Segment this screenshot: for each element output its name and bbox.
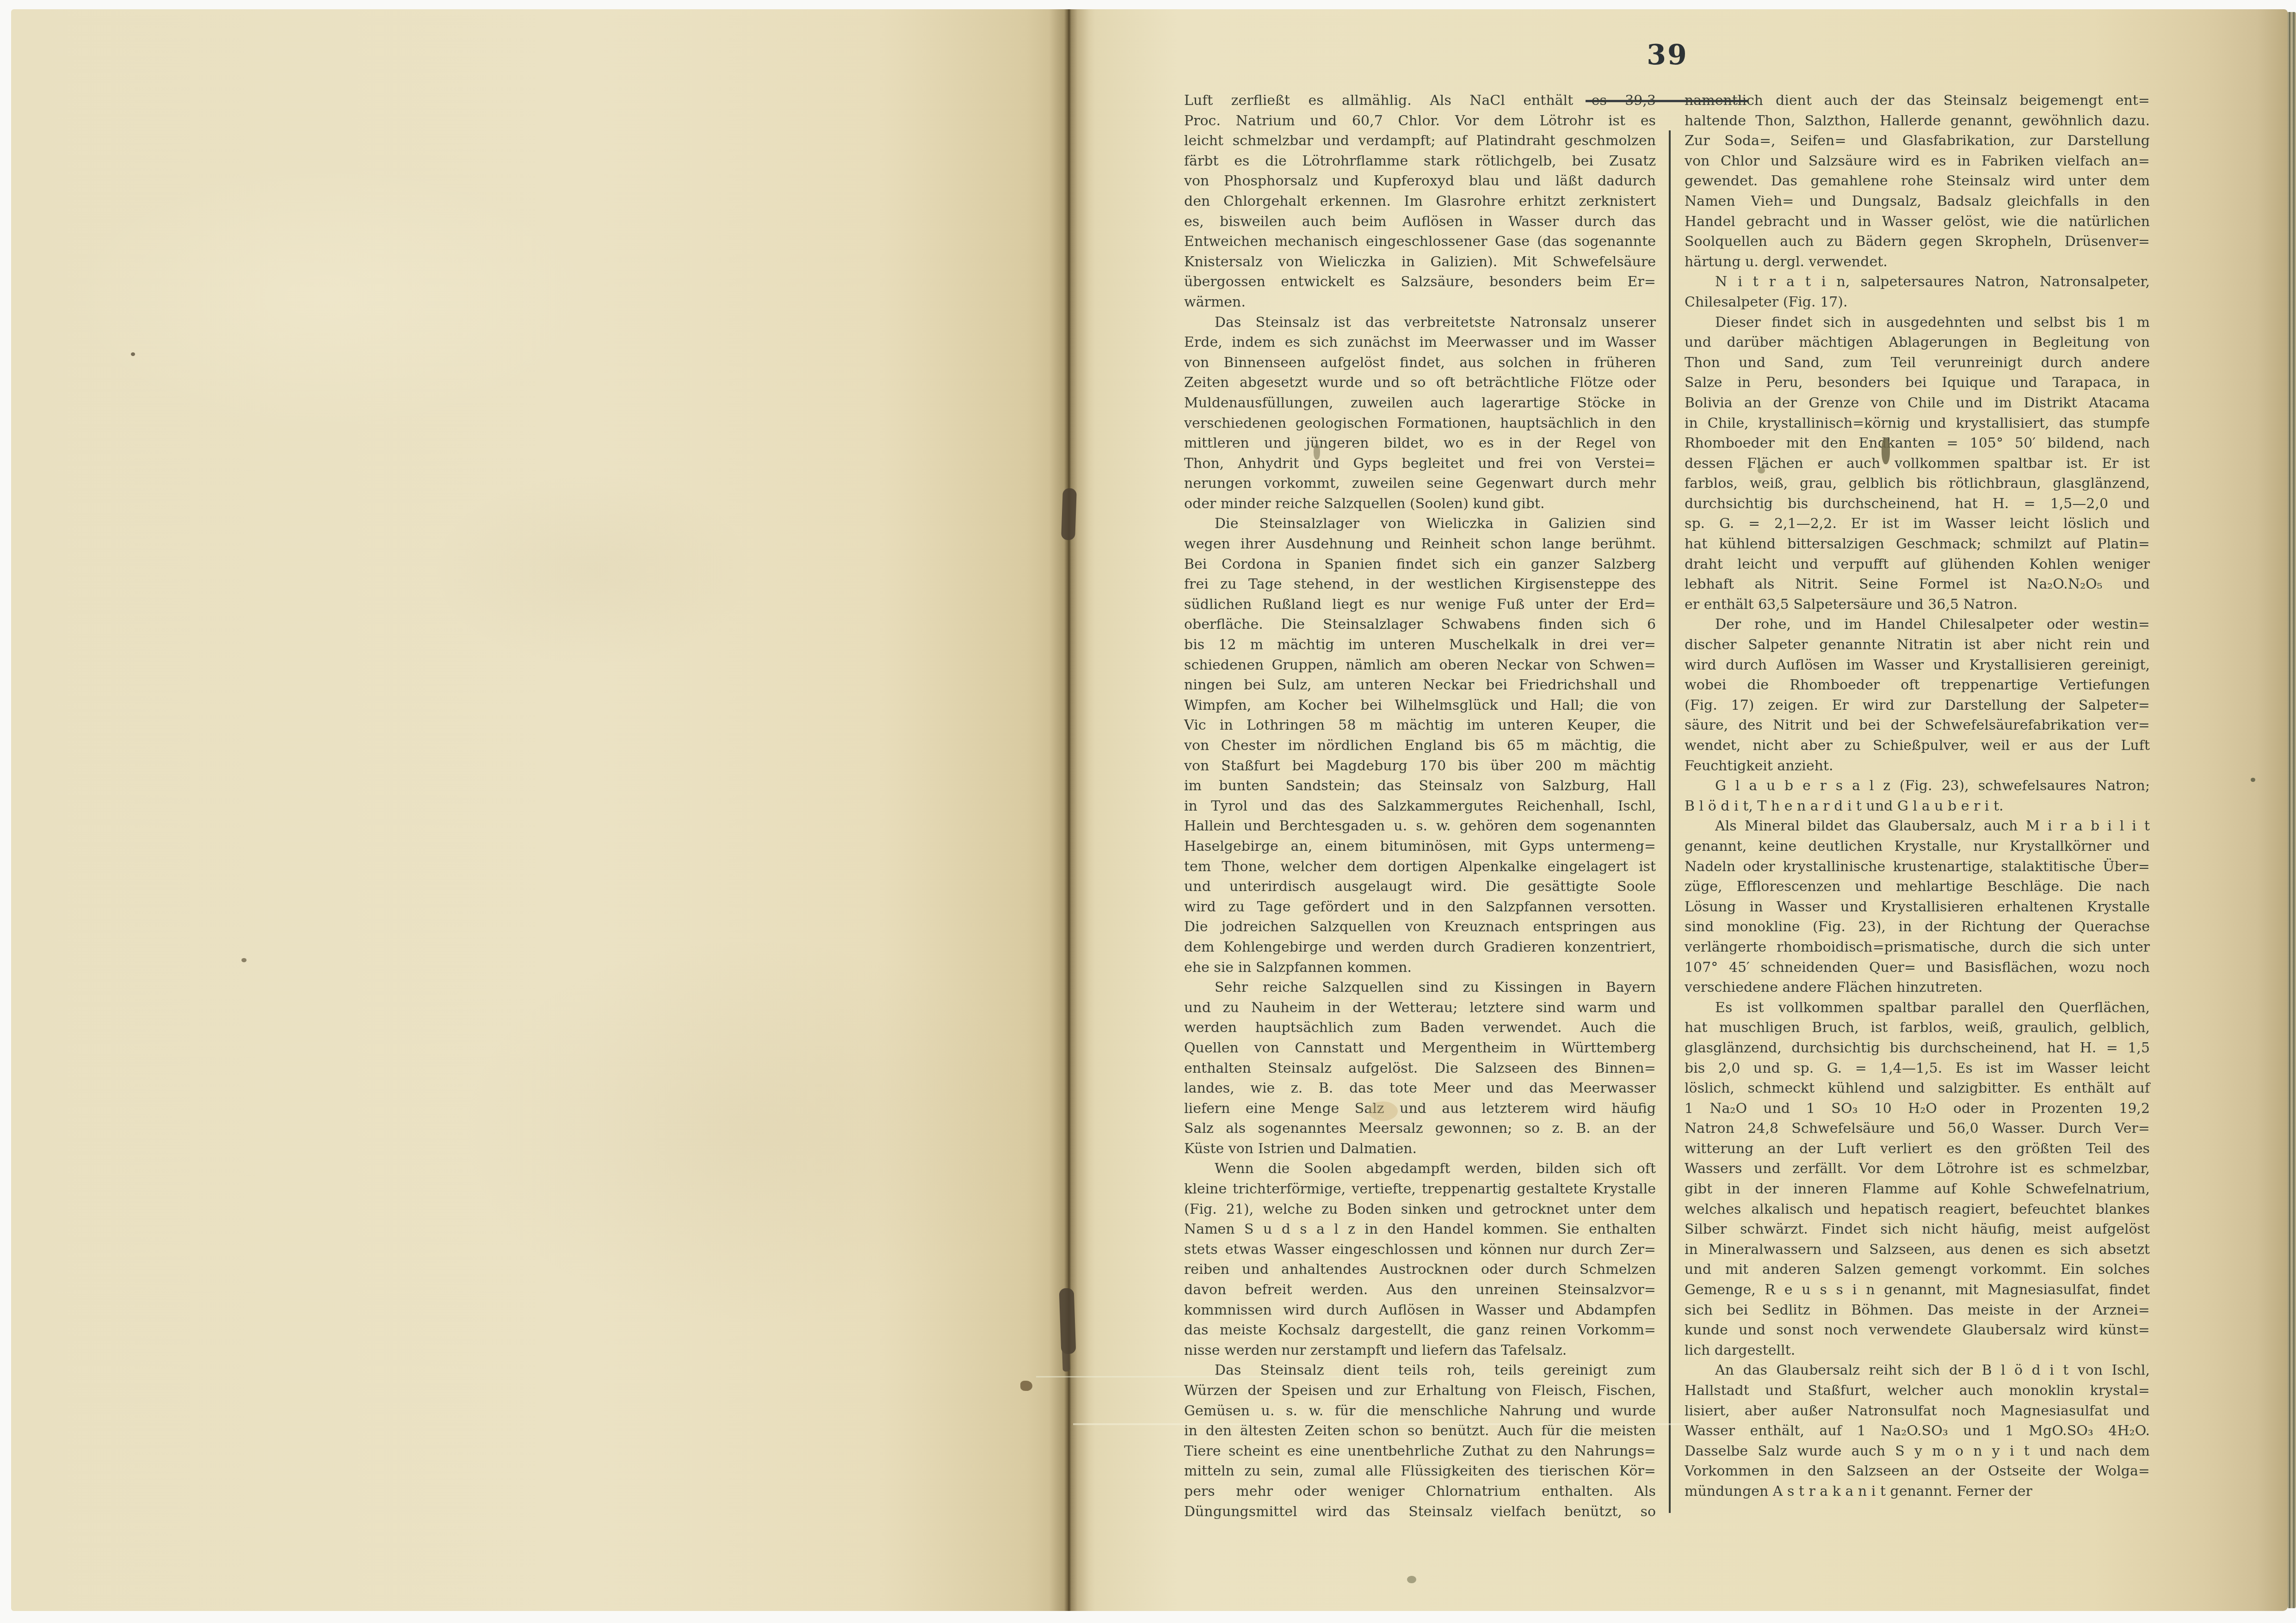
text-line: draht leicht und verpufft auf glühenden … bbox=[1685, 554, 2150, 575]
text-line: Düngungsmittel wird das Steinsalz vielfa… bbox=[1184, 1502, 1656, 1522]
text-line: Dieser findet sich in ausgedehnten und s… bbox=[1685, 313, 2150, 333]
paragraph: N i t r a t i n, salpetersaures Natron, … bbox=[1685, 272, 2150, 312]
text-line: mitteln zu sein, zumal alle Flüssigkeite… bbox=[1184, 1461, 1656, 1482]
binding-stitch bbox=[1059, 1288, 1076, 1354]
text-line: Als Mineral bildet das Glaubersalz, auch… bbox=[1685, 816, 2150, 836]
text-line: pers mehr oder weniger Chlornatrium enth… bbox=[1184, 1482, 1656, 1502]
text-line: Das Steinsalz ist das verbreitetste Natr… bbox=[1184, 313, 1656, 333]
text-line: südlichen Rußland liegt es nur wenige Fu… bbox=[1184, 595, 1656, 615]
text-line: liefern eine Menge Salz und aus letztere… bbox=[1184, 1099, 1656, 1119]
text-line: und unterirdisch ausgelaugt wird. Die ge… bbox=[1184, 877, 1656, 897]
text-line: welches alkalisch und hepatisch reagiert… bbox=[1685, 1199, 2150, 1220]
text-line: genannt, keine deutlichen Krystalle, nur… bbox=[1685, 836, 2150, 857]
text-line: Würzen der Speisen und zur Erhaltung von… bbox=[1184, 1381, 1656, 1401]
text-line: sind monokline (Fig. 23), in der Richtun… bbox=[1685, 917, 2150, 937]
text-line: er enthält 63,5 Salpetersäure und 36,5 N… bbox=[1685, 595, 2150, 615]
binding-stitch bbox=[1061, 488, 1077, 541]
text-line: Tiere scheint es eine unentbehrliche Zut… bbox=[1184, 1441, 1656, 1462]
text-line: Namen Vieh= und Dungsalz, Badsalz gleich… bbox=[1685, 191, 2150, 212]
text-line: Die jodreichen Salzquellen von Kreuznach… bbox=[1184, 917, 1656, 937]
text-line: wird zu Tage gefördert und in den Salzpf… bbox=[1184, 897, 1656, 917]
text-line: ehe sie in Salzpfannen kommen. bbox=[1184, 958, 1656, 978]
text-line: säure, des Nitrit und bei der Schwefelsä… bbox=[1685, 715, 2150, 736]
text-line: 107° 45′ schneidenden Quer= und Basisflä… bbox=[1685, 958, 2150, 978]
text-line: wird durch Auflösen im Wasser und Krysta… bbox=[1685, 655, 2150, 676]
paragraph: Luft zerfließt es allmählig. Als NaCl en… bbox=[1184, 91, 1656, 313]
text-line: sp. G. = 2,1—2,2. Er ist im Wasser leich… bbox=[1685, 514, 2150, 534]
paragraph: Das Steinsalz dient teils roh, teils ger… bbox=[1184, 1360, 1656, 1522]
text-line: Salze in Peru, besonders bei Iquique und… bbox=[1685, 373, 2150, 393]
paragraph: namentlich dient auch der das Steinsalz … bbox=[1685, 91, 2150, 272]
paragraph: Die Steinsalzlager von Wieliczka in Gali… bbox=[1184, 514, 1656, 977]
text-line: nisse werden nur zerstampft und liefern … bbox=[1184, 1340, 1656, 1361]
text-line: kunde und sonst noch verwendete Glaubers… bbox=[1685, 1320, 2150, 1340]
book-gutter bbox=[1049, 9, 1089, 1611]
paragraph: Als Mineral bildet das Glaubersalz, auch… bbox=[1685, 816, 2150, 997]
text-column-left: Luft zerfließt es allmählig. Als NaCl en… bbox=[1184, 91, 1656, 1522]
text-line: im bunten Sandstein; das Steinsalz von S… bbox=[1184, 776, 1656, 796]
text-line: das meiste Kochsalz dargestellt, die gan… bbox=[1184, 1320, 1656, 1340]
paragraph: Der rohe, und im Handel Chilesalpeter od… bbox=[1685, 615, 2150, 776]
text-line: und zu Nauheim in der Wetterau; letztere… bbox=[1184, 998, 1656, 1018]
text-line: dessen Flächen er auch vollkommen spaltb… bbox=[1685, 454, 2150, 474]
text-line: gewendet. Das gemahlene rohe Steinsalz w… bbox=[1685, 171, 2150, 191]
text-line: von Chlor und Salzsäure wird es in Fabri… bbox=[1685, 151, 2150, 172]
text-line: lebhaft als Nitrit. Seine Formel ist Na₂… bbox=[1685, 574, 2150, 595]
text-line: (Fig. 21), welche zu Boden sinken und ge… bbox=[1184, 1199, 1656, 1220]
text-line: gibt in der inneren Flamme auf Kohle Sch… bbox=[1685, 1179, 2150, 1199]
paper-speck bbox=[131, 352, 135, 356]
text-line: haltende Thon, Salzthon, Hallerde genann… bbox=[1685, 111, 2150, 131]
text-line: Bei Cordona in Spanien findet sich ein g… bbox=[1184, 554, 1656, 575]
text-line: kommnissen wird durch Auflösen in Wasser… bbox=[1184, 1300, 1656, 1321]
text-line: hat kühlend bittersalzigen Geschmack; sc… bbox=[1685, 534, 2150, 554]
text-line: N i t r a t i n, salpetersaures Natron, … bbox=[1685, 272, 2150, 292]
text-line: Nadeln oder krystallinische krustenartig… bbox=[1685, 857, 2150, 877]
text-line: Wassers und zerfällt. Vor dem Lötrohre i… bbox=[1685, 1159, 2150, 1179]
text-line: kleine trichterförmige, vertiefte, trepp… bbox=[1184, 1179, 1656, 1199]
paragraph: Das Steinsalz ist das verbreitetste Natr… bbox=[1184, 313, 1656, 514]
text-line: oberfläche. Die Steinsalzlager Schwabens… bbox=[1184, 615, 1656, 635]
text-line: und darüber mächtigen Ablagerungen in Be… bbox=[1685, 332, 2150, 353]
paragraph: Wenn die Soolen abgedampft werden, bilde… bbox=[1184, 1159, 1656, 1360]
text-line: Gemenge, R e u s s i n genannt, mit Magn… bbox=[1685, 1280, 2150, 1300]
text-line: Soolquellen auch zu Bädern gegen Skrophe… bbox=[1685, 232, 2150, 252]
text-line: dem Kohlengebirge und werden durch Gradi… bbox=[1184, 937, 1656, 958]
text-line: verschiedenen geologischen Formationen, … bbox=[1184, 413, 1656, 434]
text-line: Quellen von Cannstatt und Mergentheim in… bbox=[1184, 1038, 1656, 1058]
text-line: namentlich dient auch der das Steinsalz … bbox=[1685, 91, 2150, 111]
text-line: leicht schmelzbar und verdampft; auf Pla… bbox=[1184, 131, 1656, 151]
text-line: tem Thone, welcher dem dortigen Alpenkal… bbox=[1184, 857, 1656, 877]
text-line: oder minder reiche Salzquellen (Soolen) … bbox=[1184, 494, 1656, 514]
paragraph: Dieser findet sich in ausgedehnten und s… bbox=[1685, 313, 2150, 615]
text-line: in Chile, krystallinisch=körnig und krys… bbox=[1685, 413, 2150, 434]
text-line: färbt es die Lötrohrflamme stark rötlich… bbox=[1184, 151, 1656, 172]
text-line: bis 12 m mächtig im unteren Muschelkalk … bbox=[1184, 635, 1656, 655]
text-line: lich dargestellt. bbox=[1685, 1340, 2150, 1361]
page-edge bbox=[2288, 12, 2296, 1608]
text-line: witterung an der Luft verliert es den gr… bbox=[1685, 1139, 2150, 1159]
text-line: von Staßfurt bei Magdeburg 170 bis über … bbox=[1184, 756, 1656, 776]
text-line: wärmen. bbox=[1184, 292, 1656, 313]
text-line: lisiert, aber außer Natronsulfat noch Ma… bbox=[1685, 1401, 2150, 1421]
text-line: von Binnenseen aufgelöst findet, aus sol… bbox=[1184, 353, 1656, 373]
text-column-right: namentlich dient auch der das Steinsalz … bbox=[1685, 91, 2150, 1502]
paper-stain bbox=[1882, 437, 1890, 464]
text-line: mittleren und jüngeren bildet, wo es in … bbox=[1184, 433, 1656, 454]
scan-artifact-line bbox=[1073, 1423, 1693, 1425]
text-line: discher Salpeter genannte Nitratin ist a… bbox=[1685, 635, 2150, 655]
paragraph: Sehr reiche Salzquellen sind zu Kissinge… bbox=[1184, 977, 1656, 1159]
left-page bbox=[11, 9, 1068, 1611]
text-line: Küste von Istrien und Dalmatien. bbox=[1184, 1139, 1656, 1159]
text-line: Hallstadt und Staßfurt, welcher auch mon… bbox=[1685, 1381, 2150, 1401]
text-line: Chilesalpeter (Fig. 17). bbox=[1685, 292, 2150, 313]
text-line: verschiedene andere Flächen hinzutreten. bbox=[1685, 977, 2150, 998]
text-line: davon befreit werden. Aus den unreinen S… bbox=[1184, 1280, 1656, 1300]
text-line: den Chlorgehalt erkennen. Im Glasrohre e… bbox=[1184, 191, 1656, 212]
paragraph: An das Glaubersalz reiht sich der B l ö … bbox=[1685, 1360, 2150, 1501]
text-line: (Fig. 17) zeigen. Er wird zur Darstellun… bbox=[1685, 695, 2150, 716]
text-line: Wasser enthält, auf 1 Na₂O.SO₃ und 1 MgO… bbox=[1685, 1421, 2150, 1441]
text-line: Luft zerfließt es allmählig. Als NaCl en… bbox=[1184, 91, 1656, 111]
text-line: Sehr reiche Salzquellen sind zu Kissinge… bbox=[1184, 977, 1656, 998]
text-line: Feuchtigkeit anzieht. bbox=[1685, 756, 2150, 776]
text-line: Lösung in Wasser und Krystallisieren erh… bbox=[1685, 897, 2150, 917]
text-line: von Phosphorsalz und Kupferoxyd blau und… bbox=[1184, 171, 1656, 191]
text-line: glasglänzend, durchsichtig bis durchsche… bbox=[1685, 1038, 2150, 1058]
text-line: durchsichtig bis durchscheinend, hat H. … bbox=[1685, 494, 2150, 514]
text-line: Silber schwärzt. Findet sich nicht häufi… bbox=[1685, 1219, 2150, 1240]
text-line: ningen bei Sulz, am unteren Neckar bei F… bbox=[1184, 675, 1656, 695]
text-line: An das Glaubersalz reiht sich der B l ö … bbox=[1685, 1360, 2150, 1381]
text-line: Thon und Sand, zum Teil verunreinigt dur… bbox=[1685, 353, 2150, 373]
text-line: sich bei Sedlitz in Böhmen. Das meiste i… bbox=[1685, 1300, 2150, 1321]
text-line: Gemüsen u. s. w. für die menschliche Nah… bbox=[1184, 1401, 1656, 1421]
text-line: verlängerte rhomboidisch=prismatische, d… bbox=[1685, 937, 2150, 958]
text-line: Handel gebracht und in Wasser gelöst, wi… bbox=[1685, 212, 2150, 232]
text-line: Zeiten abgesetzt wurde und so oft beträc… bbox=[1184, 373, 1656, 393]
text-line: G l a u b e r s a l z (Fig. 23), schwefe… bbox=[1685, 776, 2150, 796]
text-line: Das Steinsalz dient teils roh, teils ger… bbox=[1184, 1360, 1656, 1381]
text-line: in Tyrol und das des Salzkammergutes Rei… bbox=[1184, 796, 1656, 817]
text-line: Dasselbe Salz wurde auch S y m o n y i t… bbox=[1685, 1441, 2150, 1462]
paper-stain bbox=[1314, 444, 1320, 460]
text-line: löslich, schmeckt kühlend und salzigbitt… bbox=[1685, 1078, 2150, 1099]
text-line: schiedenen Gruppen, nämlich am oberen Ne… bbox=[1184, 655, 1656, 676]
text-line: enthalten Steinsalz aufgelöst. Die Salzs… bbox=[1184, 1058, 1656, 1079]
text-line: Zur Soda=, Seifen= und Glasfabrikation, … bbox=[1685, 131, 2150, 151]
text-line: reiben und anhaltendes Austrocknen oder … bbox=[1184, 1260, 1656, 1280]
text-line: Wimpfen, am Kocher bei Wilhelmsglück und… bbox=[1184, 695, 1656, 716]
text-line: Erde, indem es sich zunächst im Meerwass… bbox=[1184, 332, 1656, 353]
paper-speck bbox=[1407, 1576, 1416, 1583]
text-line: stets etwas Wasser eingeschlossen und kö… bbox=[1184, 1240, 1656, 1260]
text-line: von Chester im nördlichen England bis 65… bbox=[1184, 736, 1656, 756]
text-line: es, bisweilen auch beim Auflösen in Wass… bbox=[1184, 212, 1656, 232]
text-line: wobei die Rhomboeder oft treppenartige V… bbox=[1685, 675, 2150, 695]
text-line: übergossen entwickelt es Salzsäure, beso… bbox=[1184, 272, 1656, 292]
text-line: hat muschligen Bruch, ist farblos, weiß,… bbox=[1685, 1018, 2150, 1038]
text-line: und mit anderen Salzen gemengt vorkommt.… bbox=[1685, 1260, 2150, 1280]
text-line: Vorkommen in den Salzseen an der Ostseit… bbox=[1685, 1461, 2150, 1482]
paper-texture bbox=[11, 9, 1068, 1611]
text-line: 1 Na₂O und 1 SO₃ 10 H₂O oder in Prozente… bbox=[1685, 1099, 2150, 1119]
text-line: Vic in Lothringen 58 m mächtig im untere… bbox=[1184, 715, 1656, 736]
book-scan: { "header": { "page_number": "39" }, "co… bbox=[0, 0, 2296, 1623]
text-line: Es ist vollkommen spaltbar parallel den … bbox=[1685, 998, 2150, 1018]
text-line: in Mineralwassern und Salzseen, aus dene… bbox=[1685, 1240, 2150, 1260]
paragraph: Es ist vollkommen spaltbar parallel den … bbox=[1685, 998, 2150, 1361]
paper-stain bbox=[1758, 467, 1765, 473]
paper-speck bbox=[1020, 1381, 1032, 1391]
text-line: wegen ihrer Ausdehnung und Reinheit scho… bbox=[1184, 534, 1656, 554]
paragraph: G l a u b e r s a l z (Fig. 23), schwefe… bbox=[1685, 776, 2150, 816]
text-line: frei zu Tage stehend, in der westlichen … bbox=[1184, 574, 1656, 595]
text-line: züge, Efflorescenzen und mehlartige Besc… bbox=[1685, 877, 2150, 897]
paper-speck bbox=[241, 958, 247, 962]
text-line: Proc. Natrium und 60,7 Chlor. Vor dem Lö… bbox=[1184, 111, 1656, 131]
column-divider-rule bbox=[1669, 130, 1671, 1513]
text-line: Hallein und Berchtesgaden u. s. w. gehör… bbox=[1184, 816, 1656, 836]
text-line: Wenn die Soolen abgedampft werden, bilde… bbox=[1184, 1159, 1656, 1179]
text-line: Entweichen mechanisch eingeschlossener G… bbox=[1184, 232, 1656, 252]
text-line: Rhomboeder mit den Endkanten = 105° 50′ … bbox=[1685, 433, 2150, 454]
text-line: härtung u. dergl. verwendet. bbox=[1685, 252, 2150, 272]
text-line: mündungen A s t r a k a n i t genannt. F… bbox=[1685, 1482, 2150, 1502]
scan-artifact-line bbox=[1036, 1376, 1406, 1377]
paper-speck bbox=[2251, 778, 2255, 782]
text-line: Bolivia an der Grenze von Chile und im D… bbox=[1685, 393, 2150, 413]
text-line: Der rohe, und im Handel Chilesalpeter od… bbox=[1685, 615, 2150, 635]
text-line: werden hauptsächlich zum Baden verwendet… bbox=[1184, 1018, 1656, 1038]
text-line: Muldenausfüllungen, zuweilen auch lagera… bbox=[1184, 393, 1656, 413]
text-line: farblos, weiß, grau, gelblich bis rötlic… bbox=[1685, 473, 2150, 494]
paper-stain bbox=[1368, 1101, 1398, 1121]
text-line: wendet, nicht aber zu Schießpulver, weil… bbox=[1685, 736, 2150, 756]
text-line: Namen S u d s a l z in den Handel kommen… bbox=[1184, 1219, 1656, 1240]
text-line: Thon, Anhydrit und Gyps begleitet und fr… bbox=[1184, 454, 1656, 474]
text-line: landes, wie z. B. das tote Meer und das … bbox=[1184, 1078, 1656, 1099]
text-line: bis 2,0 und sp. G. = 1,4—1,5. Es ist im … bbox=[1685, 1058, 2150, 1079]
text-line: Knistersalz von Wieliczka in Galizien). … bbox=[1184, 252, 1656, 272]
text-line: B l ö d i t, T h e n a r d i t und G l a… bbox=[1685, 796, 2150, 817]
text-line: nerungen vorkommt, zuweilen seine Gegenw… bbox=[1184, 473, 1656, 494]
text-line: Salz als sogenanntes Meersalz gewonnen; … bbox=[1184, 1119, 1656, 1139]
text-line: Haselgebirge an, einem bituminösen, mit … bbox=[1184, 836, 1656, 857]
text-line: Die Steinsalzlager von Wieliczka in Gali… bbox=[1184, 514, 1656, 534]
text-line: Natron 24,8 Schwefelsäure und 56,0 Wasse… bbox=[1685, 1119, 2150, 1139]
page-number: 39 bbox=[1577, 39, 1758, 71]
